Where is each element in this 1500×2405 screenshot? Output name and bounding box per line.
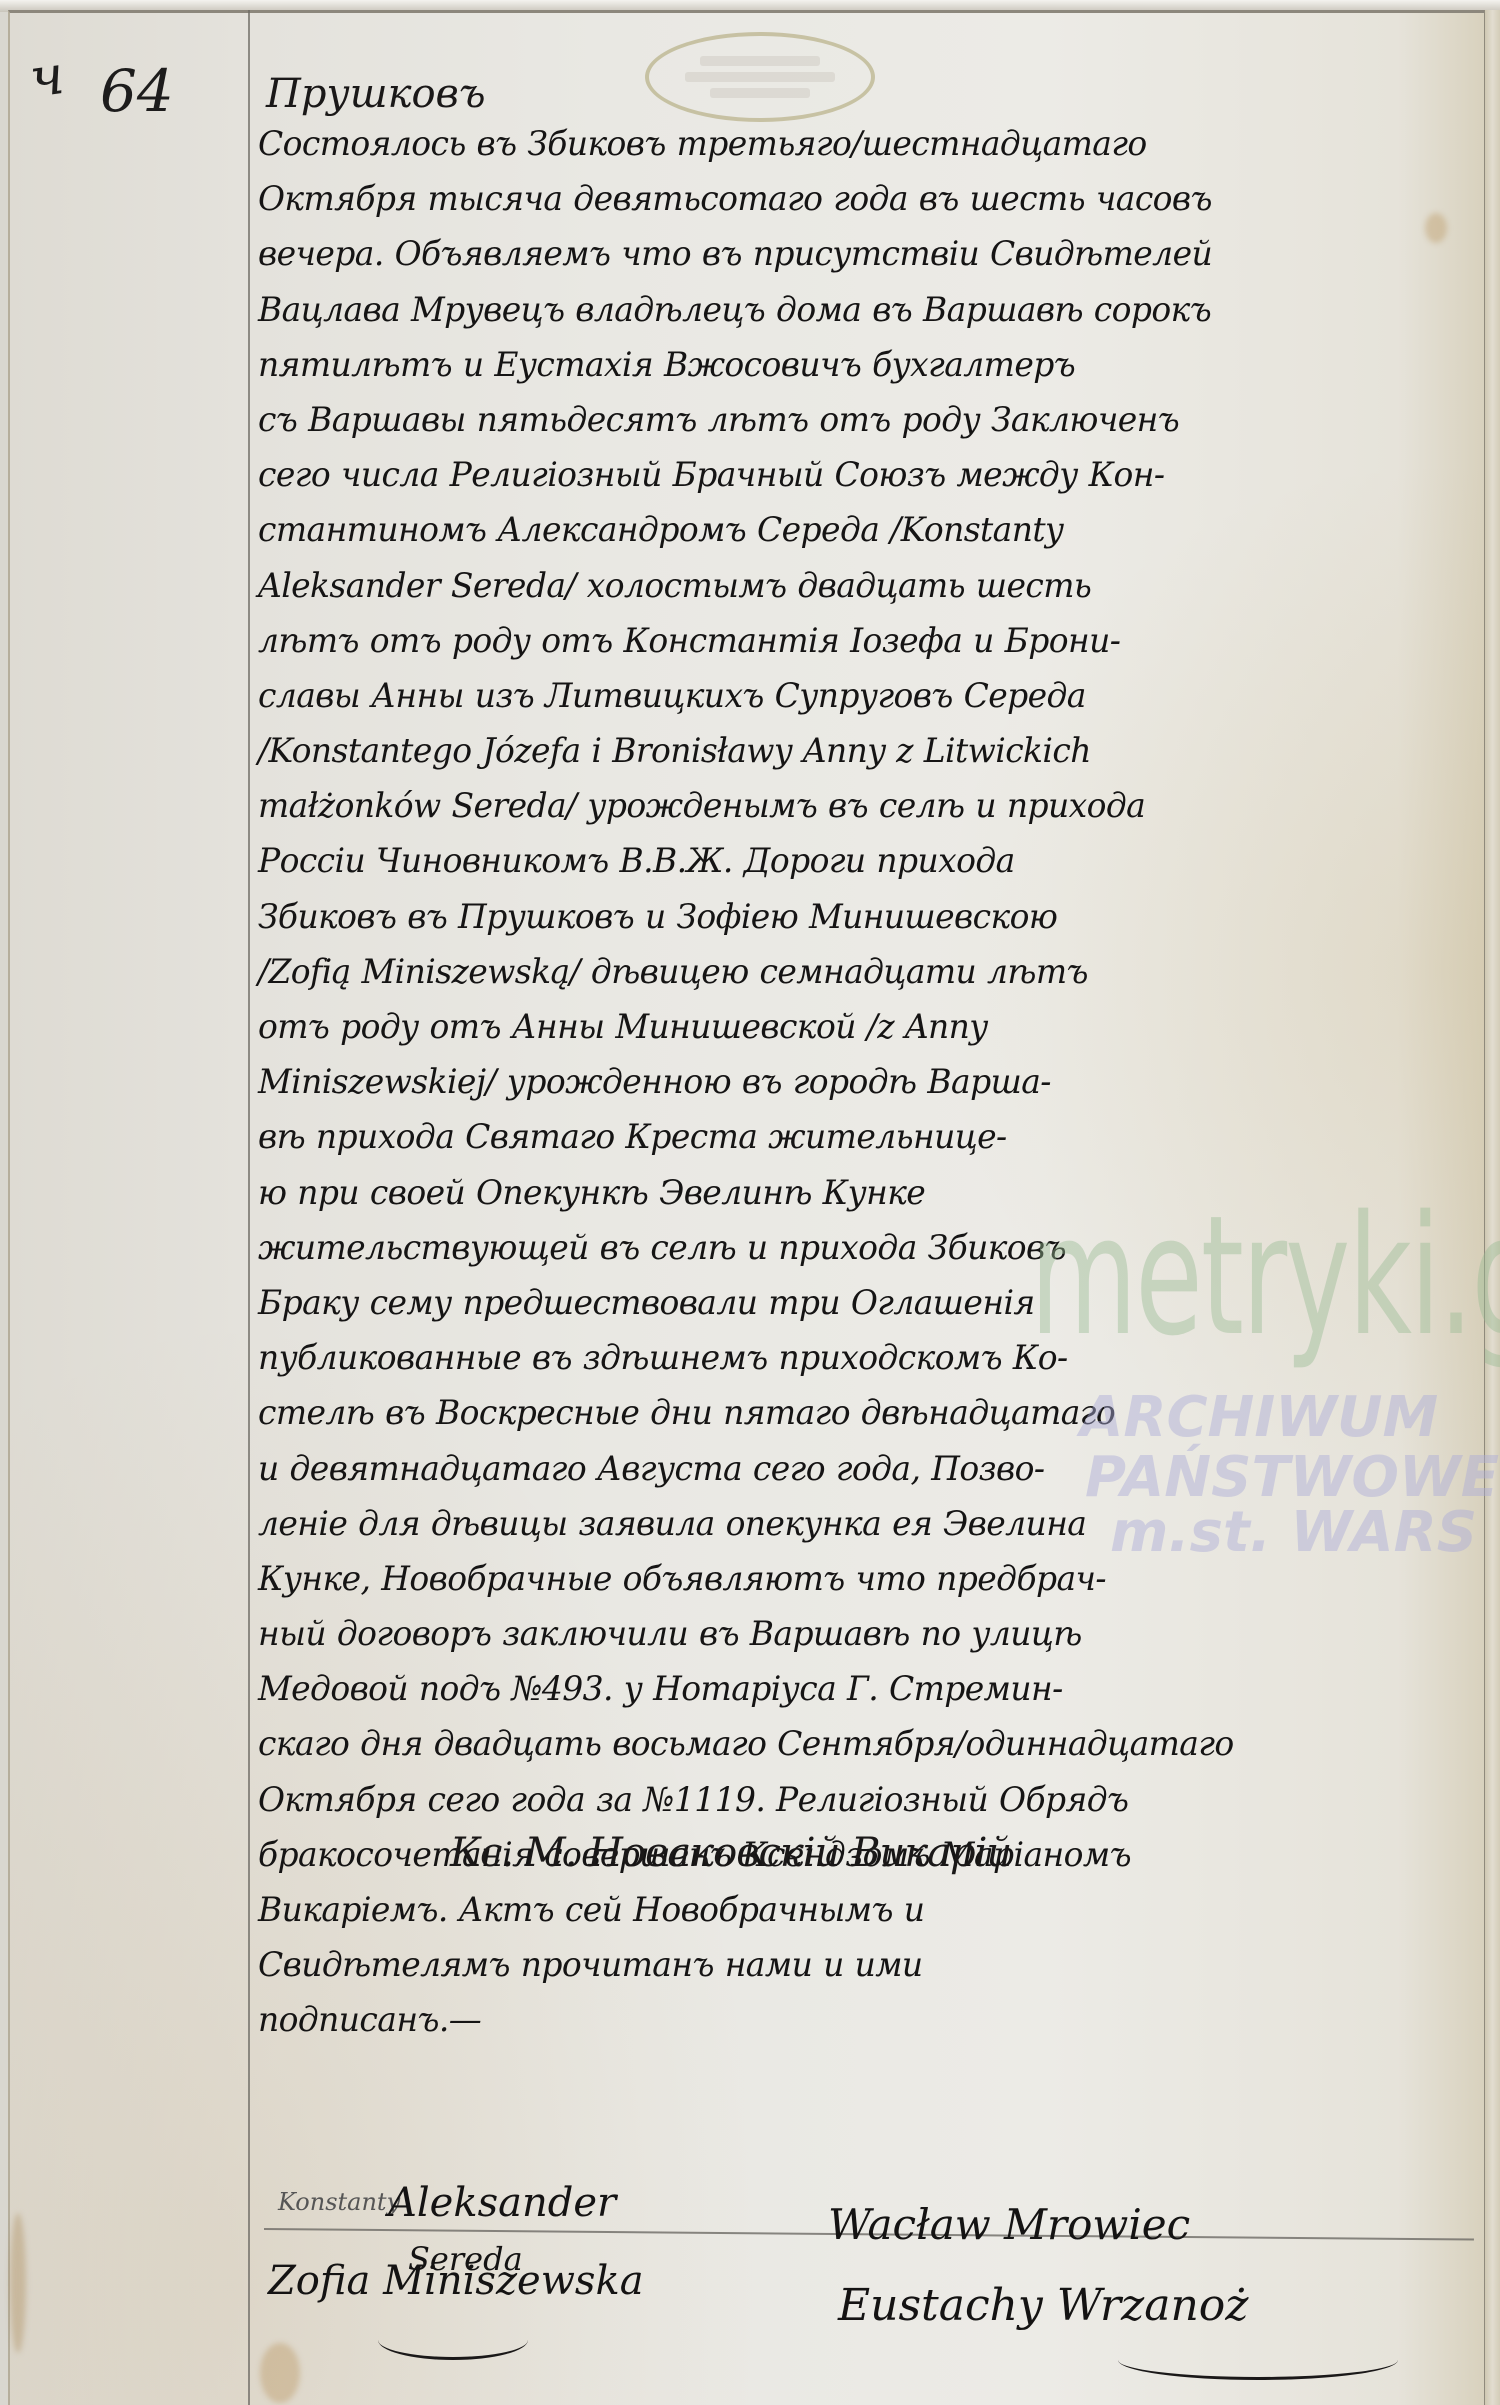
text-line: жительствующей въ селѣ и прихода Збиковъ — [258, 1220, 1448, 1275]
record-title-village: Прушковъ — [266, 72, 1468, 116]
text-line: отъ роду отъ Анны Минишевской /z Anny — [258, 999, 1448, 1054]
record-text: Состоялось въ Збиковъ третьяго/шестнадца… — [258, 116, 1468, 2048]
bride-signature: Zofia Miniszewska — [268, 2258, 644, 2304]
text-line: Россіи Чиновникомъ В.В.Ж. Дороги прихода — [258, 833, 1448, 888]
record-body: Прушковъ Состоялось въ Збиковъ третьяго/… — [258, 72, 1468, 2048]
record-number: 64 — [100, 57, 174, 125]
text-line: и девятнадцатаго Августа сего года, Позв… — [258, 1441, 1448, 1496]
text-line: леніе для дѣвицы заявила опекунка ея Эве… — [258, 1496, 1448, 1551]
text-line: małżonków Sereda/ урожденымъ въ селѣ и п… — [258, 778, 1448, 833]
text-line: Кунке, Новобрачные объявляютъ что предбр… — [258, 1551, 1448, 1606]
margin-rule — [248, 10, 250, 2405]
text-line: стелѣ въ Воскресные дни пятаго двѣнадцат… — [258, 1385, 1448, 1440]
text-line: пятилѣтъ и Еустахія Вжосовичъ бухгалтеръ — [258, 337, 1448, 392]
witness-2-signature: Eustachy Wrzanoż — [838, 2280, 1248, 2331]
groom-signature-middle-name: Aleksander — [388, 2180, 616, 2226]
text-line: Aleksander Sereda/ холостымъ двадцать ше… — [258, 558, 1448, 613]
text-line: вѣ прихода Святаго Креста жительнице- — [258, 1109, 1448, 1164]
paper-stain — [10, 2213, 26, 2353]
text-line: ю при своей Опекункѣ Эвелинѣ Кунке — [258, 1165, 1448, 1220]
text-line: публикованные въ здѣшнемъ приходскомъ Ко… — [258, 1330, 1448, 1385]
groom-signature-first-name: Konstanty — [278, 2188, 400, 2216]
text-line: вечера. Объявляемъ что въ присутствіи Св… — [258, 226, 1448, 281]
text-line: Свидѣтелямъ прочитанъ нами и ими — [258, 1937, 1448, 1992]
text-line: подписанъ.— — [258, 1992, 1448, 2047]
signature-flourish — [1118, 2340, 1398, 2380]
text-line: Состоялось въ Збиковъ третьяго/шестнадца… — [258, 116, 1448, 171]
text-line: Вацлава Мрувецъ владѣлецъ дома въ Варшав… — [258, 282, 1448, 337]
text-line: съ Варшавы пятьдесятъ лѣтъ отъ роду Закл… — [258, 392, 1448, 447]
text-line: Октября тысяча девятьсотаго года въ шест… — [258, 171, 1448, 226]
text-line: Збиковъ въ Прушковъ и Зофіею Минишевскою — [258, 889, 1448, 944]
text-line: Медовой подъ №493. у Нотаріуса Г. Стреми… — [258, 1661, 1448, 1716]
text-line: сего числа Религіозный Брачный Союзъ меж… — [258, 447, 1448, 502]
text-line: Викаріемъ. Актъ сей Новобрачнымъ и — [258, 1882, 1448, 1937]
margin-notes: ч 64 — [20, 45, 240, 135]
text-line: ный договоръ заключили въ Варшавѣ по ули… — [258, 1606, 1448, 1661]
signature-flourish — [378, 2320, 528, 2360]
text-line: стантиномъ Александромъ Середа /Konstant… — [258, 502, 1448, 557]
text-line: славы Анны изъ Литвицкихъ Супруговъ Сере… — [258, 668, 1448, 723]
text-line: Браку сему предшествовали три Оглашенія — [258, 1275, 1448, 1330]
text-line: /Zofią Miniszewską/ дѣвицею семнадцати л… — [258, 944, 1448, 999]
signatures-block: Konstanty Aleksander Sereda Zofia Minisz… — [258, 2170, 1468, 2405]
margin-mark: ч — [26, 43, 68, 110]
officiant-signature: Кс. М. Новаковскій Викарій — [450, 1830, 1011, 1876]
text-line: /Konstantego Józefa i Bronisławy Anny z … — [258, 723, 1448, 778]
page-binding-edge — [1484, 10, 1500, 2405]
text-line: скаго дня двадцать восьмаго Сентября/оди… — [258, 1716, 1448, 1771]
text-line: Miniszewskiej/ урожденною въ городѣ Варш… — [258, 1054, 1448, 1109]
text-line: Октября сего года за №1119. Религіозный … — [258, 1772, 1448, 1827]
witness-1-signature: Wacław Mrowiec — [828, 2200, 1190, 2249]
text-line: лѣтъ отъ роду отъ Константія Іозефа и Бр… — [258, 613, 1448, 668]
